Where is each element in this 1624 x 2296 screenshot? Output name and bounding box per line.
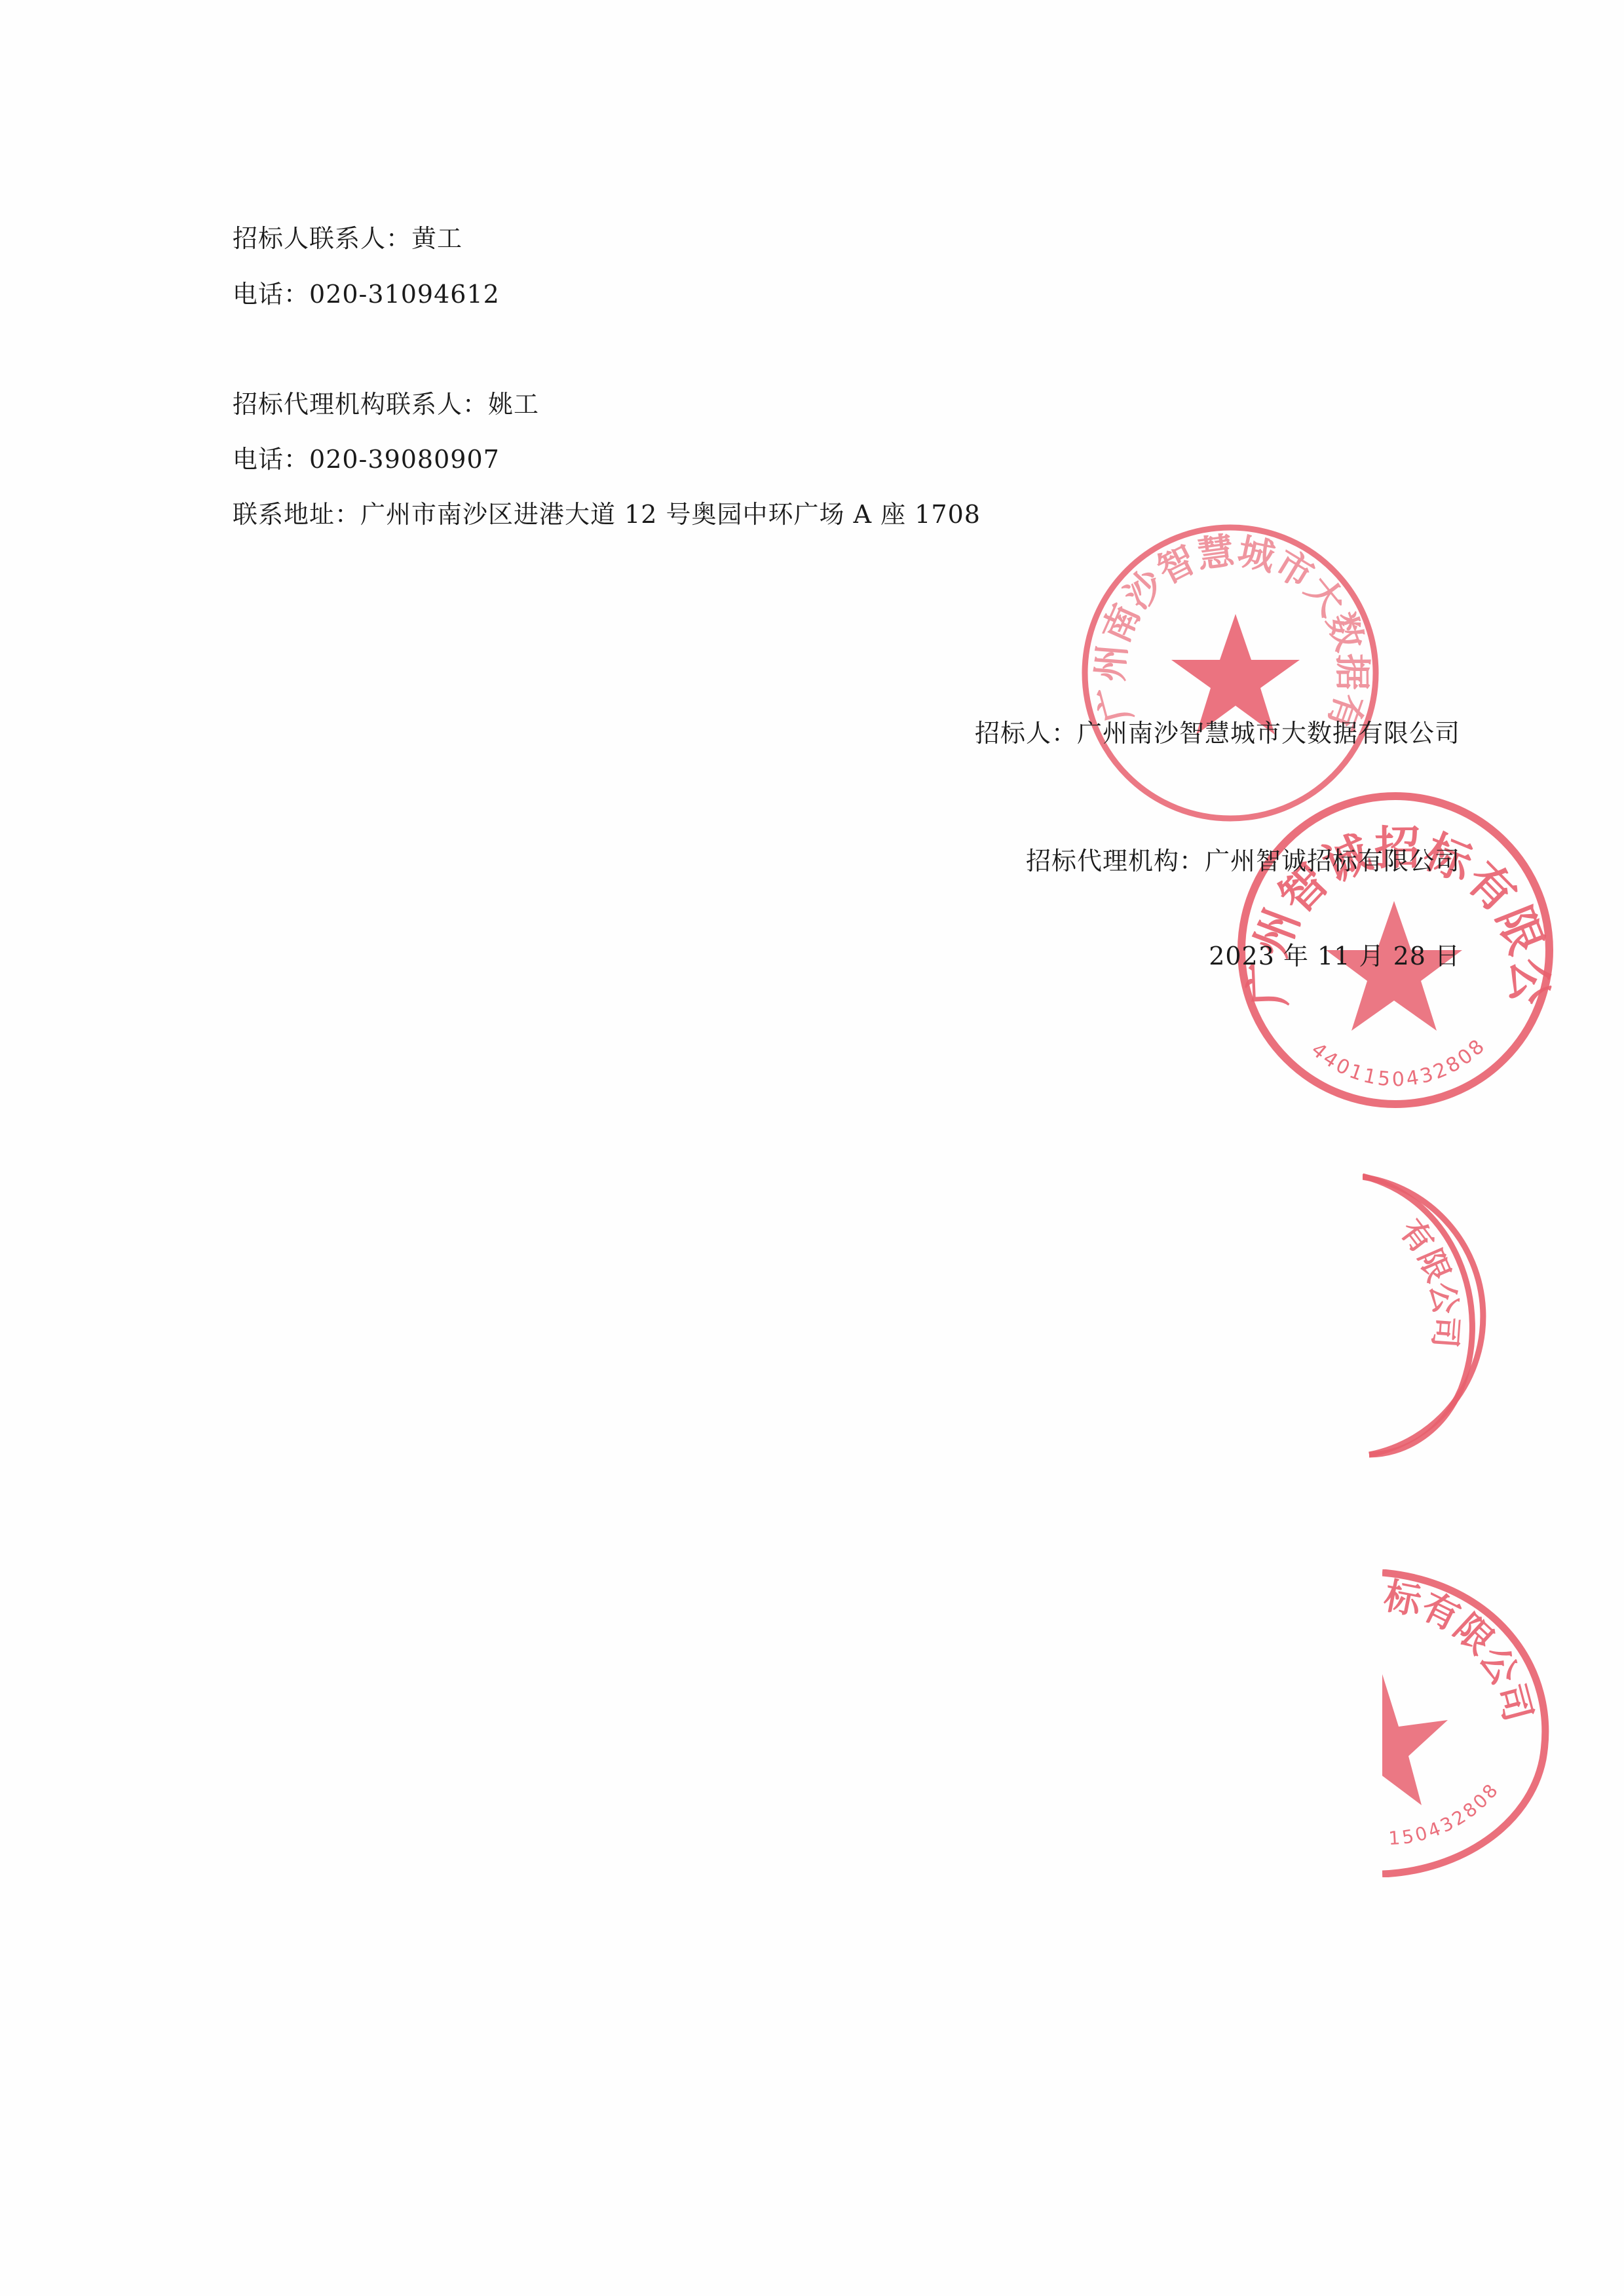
agency-phone: 电话：020-39080907 (233, 447, 500, 472)
signature-tenderer: 招标人：广州南沙智慧城市大数据有限公司 (975, 721, 1460, 746)
agency-contact-label: 招标代理机构联系人： (233, 390, 488, 419)
agency-contact: 招标代理机构联系人：姚工 (233, 392, 539, 417)
agency-contact-value: 姚工 (488, 390, 539, 419)
contact-address: 联系地址：广州市南沙区进港大道 12 号奥园中环广场 A 座 1708 (233, 502, 981, 527)
tenderer-contact: 招标人联系人：黄工 (233, 226, 463, 251)
tenderer-phone-label: 电话： (233, 280, 309, 309)
address-value: 广州市南沙区进港大道 12 号奥园中环广场 A 座 1708 (360, 500, 981, 529)
signature-agency-label: 招标代理机构： (1026, 847, 1205, 875)
tenderer-contact-value: 黄工 (411, 224, 463, 253)
signature-tenderer-value: 广州南沙智慧城市大数据有限公司 (1077, 719, 1460, 748)
tenderer-contact-label: 招标人联系人： (233, 224, 411, 253)
address-label: 联系地址： (233, 500, 360, 529)
document-page: 广州南沙智慧城市大数据有限公司 广州智诚招标有限公司 4401150432808 (0, 0, 1624, 2296)
agency-phone-label: 电话： (233, 445, 309, 474)
signature-agency: 招标代理机构：广州智诚招标有限公司 (1026, 849, 1460, 873)
signature-tenderer-label: 招标人： (975, 719, 1077, 748)
signature-agency-value: 广州智诚招标有限公司 (1205, 847, 1460, 875)
tenderer-phone-value: 020-31094612 (309, 280, 500, 309)
signature-date: 2023 年 11 月 28 日 (1209, 944, 1460, 968)
tenderer-phone: 电话：020-31094612 (233, 282, 500, 307)
agency-phone-value: 020-39080907 (309, 445, 500, 474)
